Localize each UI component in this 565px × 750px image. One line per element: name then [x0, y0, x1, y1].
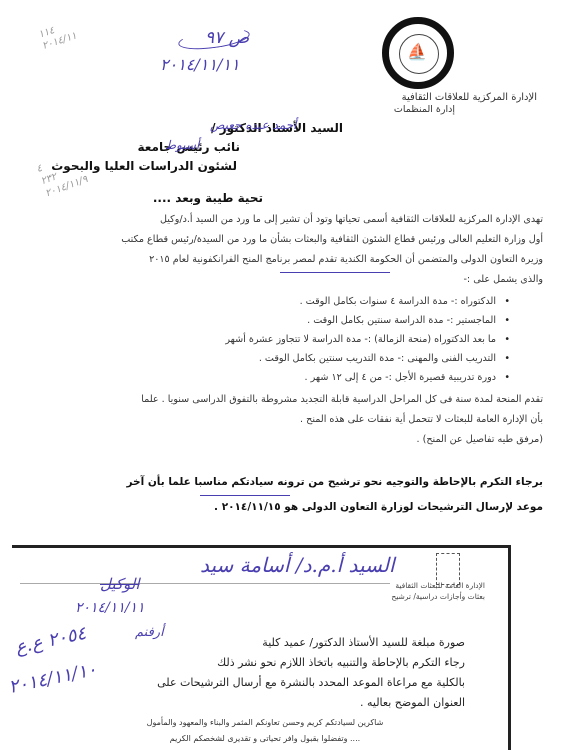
list-intro: والذى يشمل على :-	[243, 270, 543, 290]
body-paragraph-2: تقدم المنحة لمدة سنة فى كل المراحل الدرا…	[3, 390, 543, 450]
list-item: الدكتوراه :- مدة الدراسة ٤ سنوات بكامل ا…	[210, 292, 510, 311]
body-paragraph-1: تهدى الإدارة المركزية للعلاقات الثقافية …	[3, 210, 543, 270]
list-item: ما بعد الدكتوراه (منحة الزمالة) :- مدة ا…	[210, 330, 510, 349]
university-council-seal-icon: ⛵	[382, 17, 454, 89]
handwritten-lower-sign: الوكيل	[100, 575, 140, 593]
handwritten-circle	[177, 25, 251, 53]
cultural-affairs-stamp: الإدارة العامة للبعثات الثقافية بعثات وأ…	[285, 580, 485, 602]
handwritten-lower-date: ٢٠١٤/١١/١١	[75, 600, 145, 616]
ship-emblem-icon: ⛵	[407, 42, 427, 61]
handwritten-lower-name: السيد أ.م.د/ أسامة سيد	[200, 553, 395, 577]
handwritten-university: أسيوط	[165, 138, 199, 152]
list-item: الماجستير :- مدة الدراسة سنتين بكامل الو…	[210, 311, 510, 330]
handwritten-addressee-name: أحمد عبده جعيص	[210, 118, 297, 132]
pen-underline-deadline	[200, 495, 290, 496]
pencil-note-top-left: ١١٤ ٢٠١٤/١١	[37, 19, 78, 53]
sub-department-name: إدارة المنظمات	[255, 104, 455, 115]
department-name: الإدارة المركزية للعلاقات الثقافية	[237, 92, 537, 103]
list-item: التدريب الفنى والمهنى :- مدة التدريب سنت…	[210, 349, 510, 368]
greeting: تحية طيبة وبعد ....	[63, 191, 263, 205]
attachment-note: (مرفق طيه تفاصيل عن المنح) .	[3, 430, 543, 450]
list-item: دورة تدريبية قصيرة الأجل :- من ٤ إلى ١٢ …	[210, 368, 510, 387]
handwritten-date-top: ٢٠١٤/١١/١١	[160, 55, 240, 74]
program-list: الدكتوراه :- مدة الدراسة ٤ سنوات بكامل ا…	[210, 292, 510, 387]
closing-lines: شاكرين لسيادتكم كريم وحسن تعاونكم المثمر…	[130, 715, 400, 747]
cc-paragraph: صورة مبلغة للسيد الأستاذ الدكتور/ عميد ك…	[105, 633, 465, 713]
